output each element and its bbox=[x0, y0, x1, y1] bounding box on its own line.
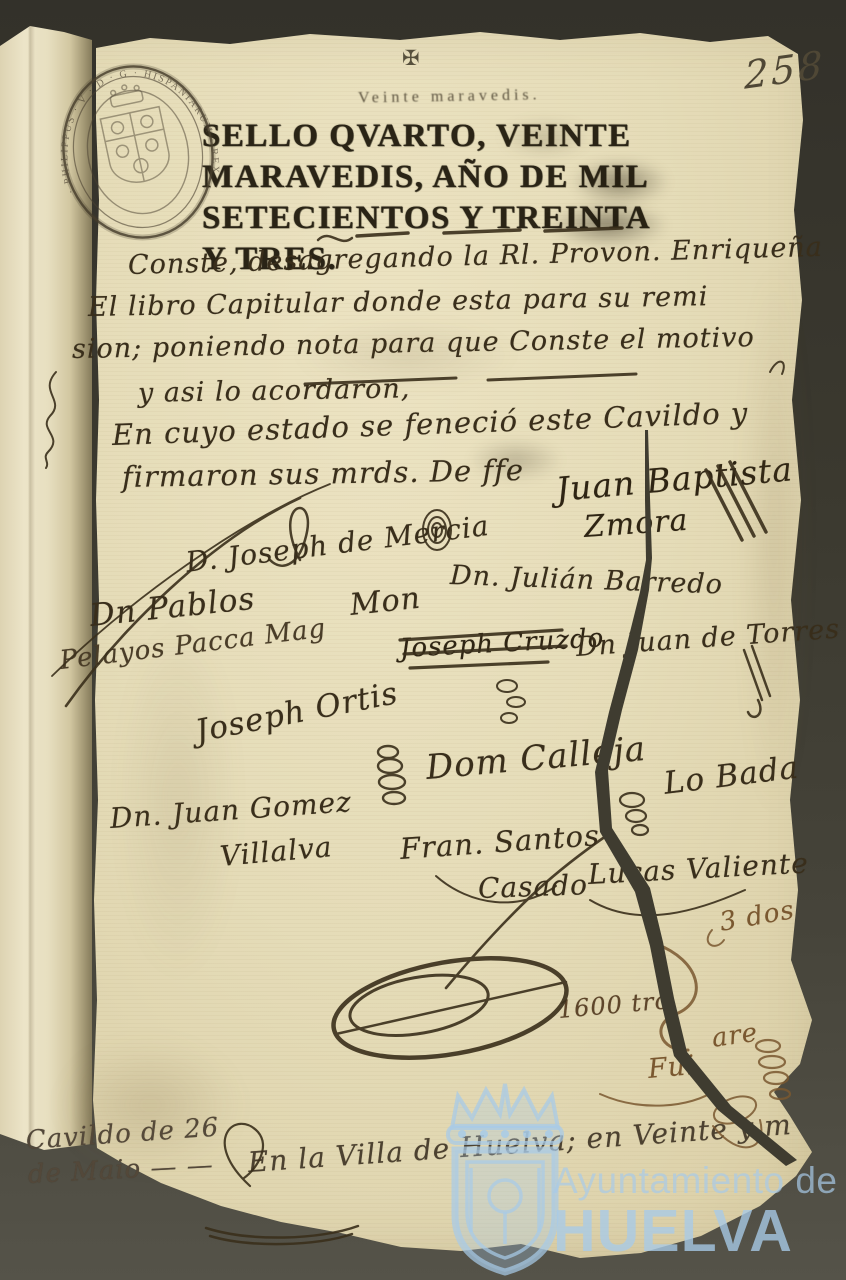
printers-cross-mark: ✠ bbox=[402, 46, 420, 70]
printed-heading-line: MARAVEDIS, AÑO DE MIL bbox=[202, 157, 651, 198]
book-gutter-page-edge bbox=[0, 26, 92, 1156]
manuscript-line: firmaron sus mrds. De ffe bbox=[122, 453, 525, 494]
manuscript-line: y asi lo acordaron, bbox=[138, 373, 411, 409]
signature-casado: Casado bbox=[477, 868, 588, 905]
signature-annotation-are: are bbox=[710, 1018, 760, 1054]
printed-heading-line: SETECIENTOS Y TREINTA bbox=[202, 198, 651, 239]
small-stamp-text: Veinte maravedis. bbox=[358, 86, 541, 107]
printed-heading-line: SELLO QVARTO, VEINTE bbox=[202, 116, 651, 157]
scanned-document-photo: ✠ Veinte maravedis. 258 SELLO QVARTO, VE… bbox=[0, 0, 846, 1280]
signature-mon: Mon bbox=[348, 581, 422, 623]
signature-zmora: Zmora bbox=[583, 503, 690, 545]
signature-annotation-fui: Fui bbox=[647, 1050, 697, 1085]
